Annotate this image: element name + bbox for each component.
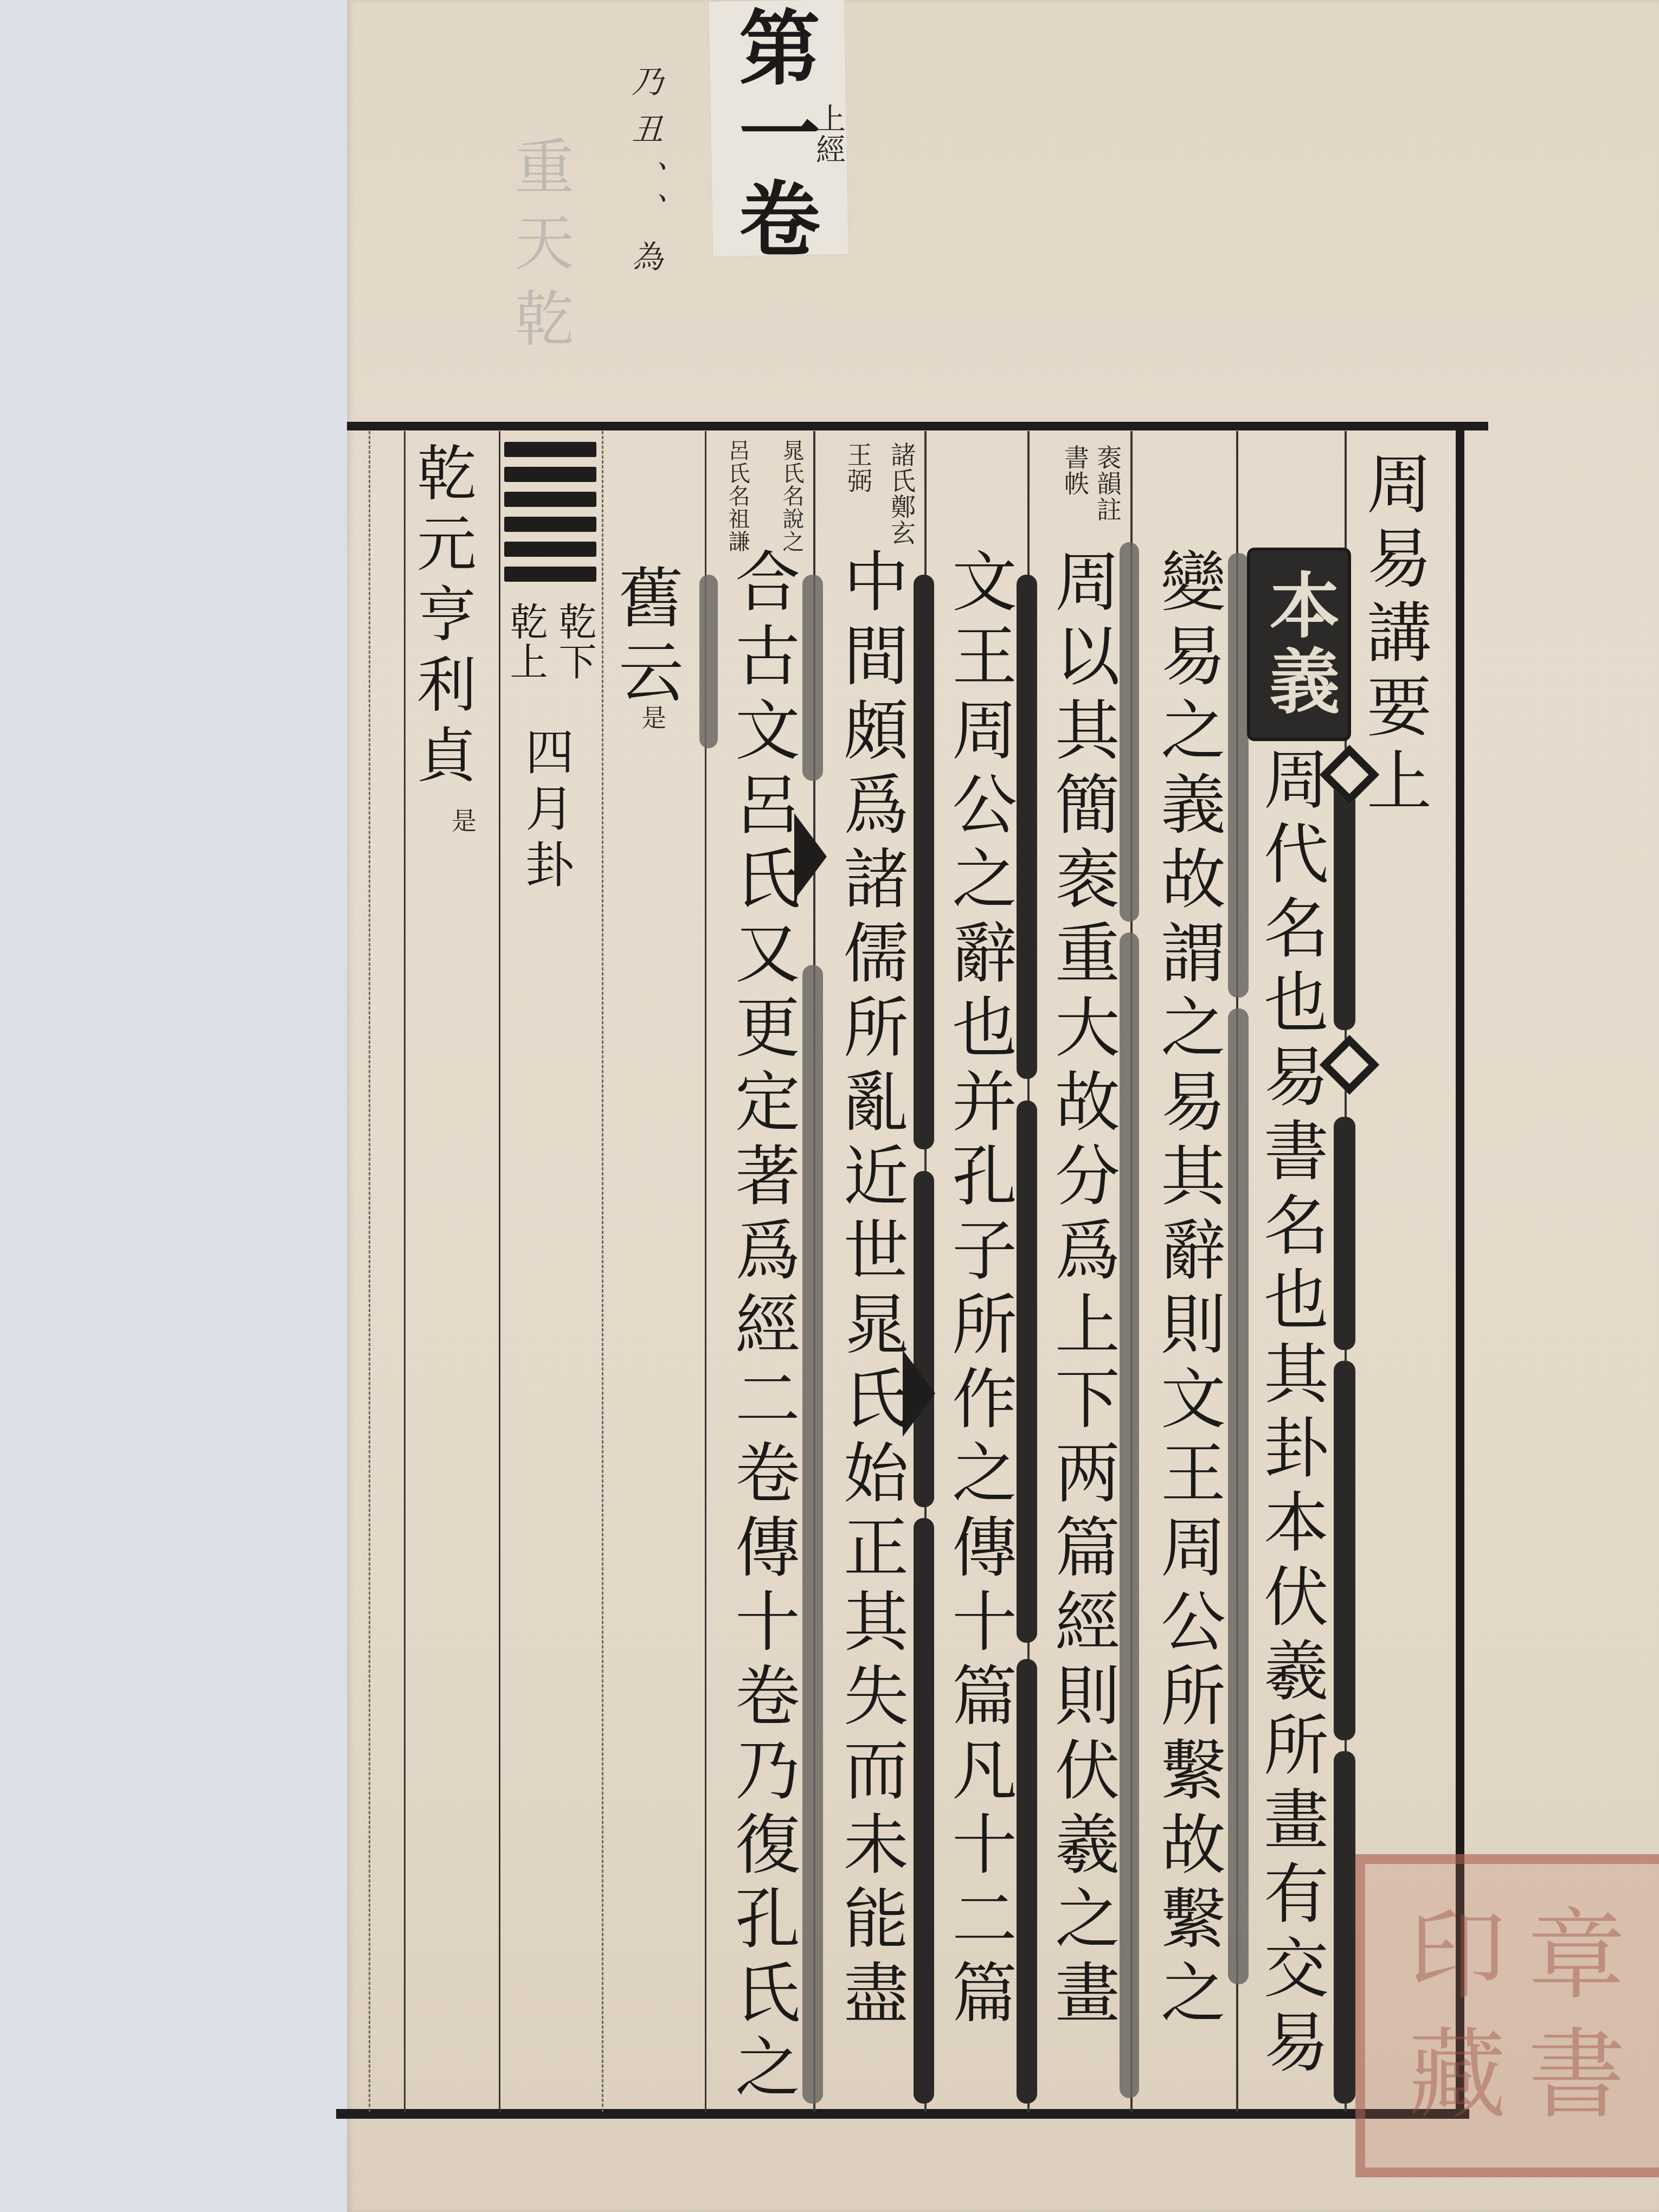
commentary-bar: [1120, 933, 1139, 2098]
column-annotation: 諸氏鄭玄: [889, 442, 914, 546]
text-column: 周以其簡袠重大故分爲上下两篇經則伏羲之畫: [1049, 548, 1114, 2033]
hexagram-upper: 乾上: [507, 602, 545, 682]
column-rule-dashed: [369, 431, 370, 2112]
commentary-bar: [1017, 575, 1037, 1079]
text-column: 周代名也易書名也其卦本伏羲所畫有交易: [1258, 745, 1323, 2082]
commentary-bar: [1120, 542, 1139, 922]
seal-glyph: 印: [1398, 1896, 1517, 2016]
judgement-mark: 是: [450, 808, 475, 834]
column-annotation: 晁氏名說之: [781, 439, 802, 553]
section-marker: 本義: [1264, 569, 1334, 721]
column-annotation: 呂氏名祖謙: [726, 439, 748, 553]
commentary-bar: [1017, 1101, 1037, 1643]
column-rule-dashed: [602, 431, 603, 2112]
commentary-bar: [1017, 1659, 1037, 2104]
frame-bottom-border: [336, 2109, 1469, 2119]
hexagram-month: 四月卦: [520, 726, 569, 896]
volume-label-side: 上經: [813, 103, 843, 165]
commentary-bar: [914, 575, 934, 1149]
text-column: 中間頗爲諸儒所亂近世晁氏始正其失而未能盡: [838, 548, 903, 2033]
commentary-bar: [1334, 1751, 1355, 2104]
hexagram-lower: 乾下: [556, 602, 594, 682]
qian-hexagram-icon: [504, 442, 596, 591]
seal-glyph: 藏: [1398, 2016, 1517, 2135]
hexagram-judgement: 乾元亨利貞: [412, 442, 472, 794]
commentary-bar: [1228, 1008, 1249, 1984]
column-annotation: 王弼: [846, 442, 871, 494]
section-marker-box: 本義: [1247, 548, 1351, 741]
commentary-bar: [802, 575, 823, 781]
commentary-bar: [1334, 1117, 1355, 1350]
text-column: 合古文呂氏又更定著爲經二卷傳十卷乃復孔氏之: [729, 548, 794, 2107]
column-annotation: 書帙: [1063, 445, 1088, 497]
old-note: 舊云: [613, 564, 678, 712]
volume-label: 第一卷: [732, 5, 813, 262]
old-note-mark: 是: [640, 705, 665, 731]
red-seal-stamp: 印 章 藏 書: [1355, 1854, 1659, 2177]
column-annotation: 袠韻註: [1095, 445, 1120, 523]
commentary-bar: [1334, 770, 1355, 1030]
frame-top-border: [347, 422, 1488, 430]
commentary-bar: [1228, 553, 1249, 998]
commentary-bar: [1334, 1361, 1355, 1740]
marginal-note: 乃丑、、為: [629, 65, 660, 288]
column-rule: [499, 431, 500, 2112]
seal-glyph: 書: [1517, 2016, 1636, 2135]
bleed-through-text: 重天乾: [510, 136, 569, 363]
commentary-bar: [914, 1171, 934, 1507]
commentary-bar: [699, 575, 718, 748]
seal-glyph: 章: [1517, 1896, 1636, 2016]
book-title: 周易講要上: [1361, 450, 1426, 821]
column-rule: [404, 431, 406, 2112]
commentary-bar: [914, 1518, 934, 2104]
text-column: 變易之義故謂之易其辭則文王周公所繫故繫之: [1155, 548, 1220, 2033]
commentary-bar: [802, 965, 823, 2104]
text-column: 文王周公之辭也并孔子所作之傳十篇凡十二篇: [946, 548, 1011, 2033]
